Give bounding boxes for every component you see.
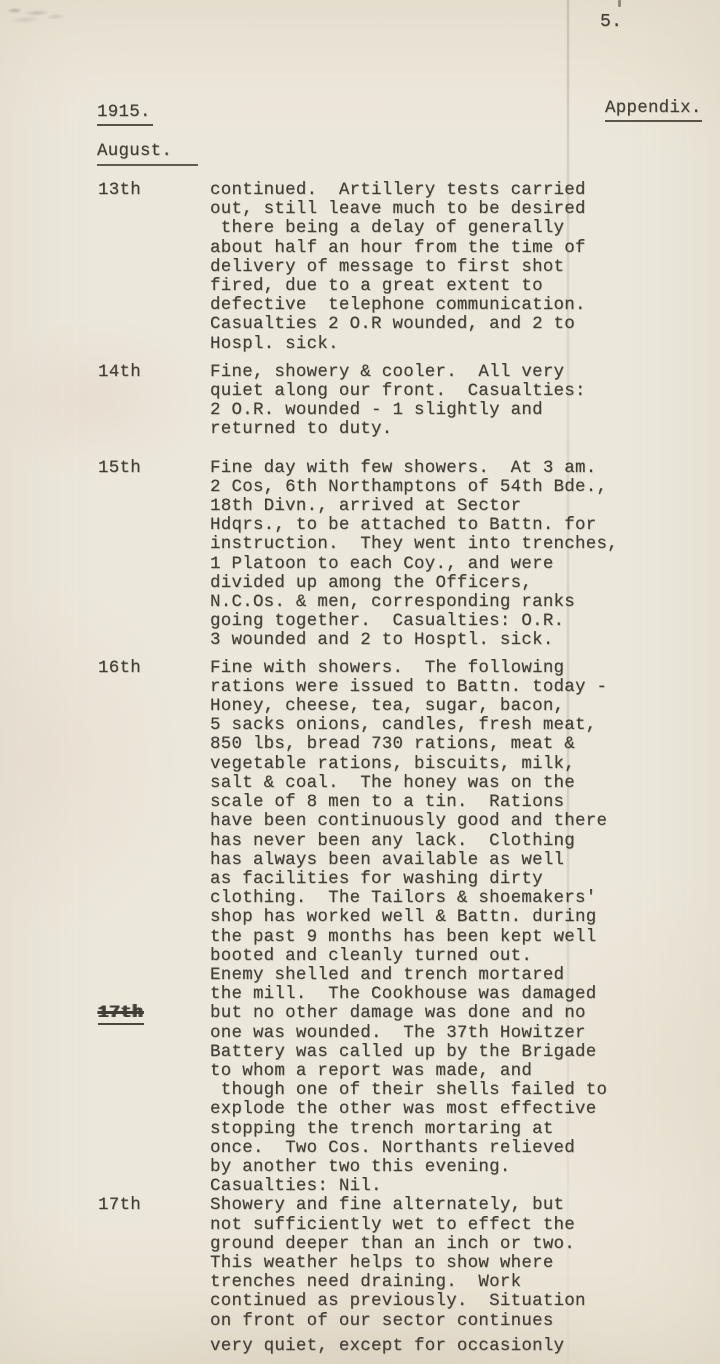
entry-line: instruction. They went into trenches, bbox=[210, 535, 618, 554]
entry-line: This weather helps to show where bbox=[210, 1254, 586, 1273]
diary-entry: 15th Fine day with few showers. At 3 am.… bbox=[98, 459, 700, 651]
diary-entry: 17th Showery and fine alternately, butno… bbox=[98, 1196, 700, 1356]
entry-line: there being a delay of generally bbox=[210, 219, 586, 238]
entry-line: out, still leave much to be desired bbox=[210, 200, 586, 219]
entry-line: 5 sacks onions, candles, fresh meat, bbox=[210, 716, 607, 735]
entry-date: 13th bbox=[98, 181, 141, 200]
entry-date-column: 13th bbox=[98, 181, 210, 200]
scanned-diary-page: { "document": { "page_number": "5.", "ye… bbox=[0, 0, 720, 1364]
entry-line: Casualties 2 O.R wounded, and 2 to bbox=[210, 315, 586, 334]
entry-line: Fine day with few showers. At 3 am. bbox=[210, 459, 618, 478]
entry-line: as facilities for washing dirty bbox=[210, 870, 607, 889]
diary-entry: 13th continued. Artillery tests carriedo… bbox=[98, 181, 700, 354]
entry-line: about half an hour from the time of bbox=[210, 239, 586, 258]
diary-entries: 13th continued. Artillery tests carriedo… bbox=[98, 181, 700, 1356]
entry-line: though one of their shells failed to bbox=[210, 1081, 607, 1100]
entry-date-column: 17th bbox=[98, 1196, 210, 1215]
struck-out-date: 17th bbox=[98, 1004, 144, 1025]
entry-line: continued. Artillery tests carried bbox=[210, 181, 586, 200]
entry-line: returned to duty. bbox=[210, 420, 586, 439]
entry-line: 18th Divn., arrived at Sector bbox=[210, 497, 618, 516]
entry-line: 850 lbs, bread 730 rations, meat & bbox=[210, 735, 607, 754]
entry-line: quiet along our front. Casualties: bbox=[210, 382, 586, 401]
entry-line: one was wounded. The 37th Howitzer bbox=[210, 1024, 607, 1043]
entry-line: 1 Platoon to each Coy., and were bbox=[210, 555, 618, 574]
entry-line: N.C.Os. & men, corresponding ranks bbox=[210, 593, 618, 612]
entry-line: very quiet, except for occasionly bbox=[210, 1337, 586, 1356]
entry-line: the mill. The Cookhouse was damaged bbox=[210, 985, 607, 1004]
entry-line: shop has worked well & Battn. during bbox=[210, 908, 607, 927]
entry-line: fired, due to a great extent to bbox=[210, 277, 586, 296]
entry-line: defective telephone communication. bbox=[210, 296, 586, 315]
entry-line: have been continuously good and there bbox=[210, 812, 607, 831]
entry-line: Honey, cheese, tea, sugar, bacon, bbox=[210, 697, 607, 716]
entry-line: scale of 8 men to a tin. Rations bbox=[210, 793, 607, 812]
entry-line: continued as previously. Situation bbox=[210, 1292, 586, 1311]
entry-line: stopping the trench mortaring at bbox=[210, 1120, 607, 1139]
entry-line: but no other damage was done and no bbox=[210, 1004, 607, 1023]
torn-edge-artifact bbox=[2, 2, 69, 27]
entry-date: 15th bbox=[98, 459, 141, 478]
month-heading: August. bbox=[97, 142, 198, 166]
entry-date: 16th bbox=[98, 659, 141, 678]
entry-line: going together. Casualties: O.R. bbox=[210, 612, 618, 631]
appendix-label: Appendix. bbox=[605, 99, 702, 122]
entry-line: by another two this evening. bbox=[210, 1158, 607, 1177]
entry-line: Enemy shelled and trench mortared bbox=[210, 966, 607, 985]
entry-line: rations were issued to Battn. today - bbox=[210, 678, 607, 697]
entry-body: Fine with showers. The followingrations … bbox=[210, 659, 607, 1197]
entry-line: Hdqrs., to be attached to Battn. for bbox=[210, 516, 618, 535]
entry-date: 14th bbox=[98, 363, 141, 382]
entry-line: to whom a report was made, and bbox=[210, 1062, 607, 1081]
entry-line: vegetable rations, biscuits, milk, bbox=[210, 755, 607, 774]
entry-line: trenches need draining. Work bbox=[210, 1273, 586, 1292]
entry-line: clothing. The Tailors & shoemakers' bbox=[210, 889, 607, 908]
entry-line: Hospl. sick. bbox=[210, 335, 586, 354]
entry-line: 3 wounded and 2 to Hosptl. sick. bbox=[210, 631, 618, 650]
entry-line: on front of our sector continues bbox=[210, 1312, 586, 1331]
entry-date: 17th bbox=[98, 1196, 141, 1215]
diary-entry: 14th Fine, showery & cooler. All veryqui… bbox=[98, 363, 700, 440]
entry-date-column: 16th 17th bbox=[98, 659, 210, 678]
entry-line: 2 O.R. wounded - 1 slightly and bbox=[210, 401, 586, 420]
entry-body: Fine, showery & cooler. All veryquiet al… bbox=[210, 363, 586, 440]
entry-line: salt & coal. The honey was on the bbox=[210, 774, 607, 793]
entry-line: Fine, showery & cooler. All very bbox=[210, 363, 586, 382]
entry-line: Casualties: Nil. bbox=[210, 1177, 607, 1196]
diary-entry: 16th 17th Fine with showers. The followi… bbox=[98, 659, 700, 1197]
entry-line: Showery and fine alternately, but bbox=[210, 1196, 586, 1215]
entry-body: continued. Artillery tests carriedout, s… bbox=[210, 181, 586, 354]
entry-date-column: 15th bbox=[98, 459, 210, 478]
entry-line: delivery of message to first shot bbox=[210, 258, 586, 277]
entry-line: the past 9 months has been kept well bbox=[210, 928, 607, 947]
entry-body: Showery and fine alternately, butnot suf… bbox=[210, 1196, 586, 1356]
entry-line: not sufficiently wet to effect the bbox=[210, 1216, 586, 1235]
entry-line: Battery was called up by the Brigade bbox=[210, 1043, 607, 1062]
entry-date-column: 14th bbox=[98, 363, 210, 382]
year-heading: 1915. bbox=[97, 103, 153, 126]
page-number: 5. bbox=[600, 12, 622, 32]
entry-line: ground deeper than an inch or two. bbox=[210, 1235, 586, 1254]
entry-line: has always been available as well bbox=[210, 851, 607, 870]
entry-line: booted and cleanly turned out. bbox=[210, 947, 607, 966]
edge-mark bbox=[618, 0, 621, 7]
entry-body: Fine day with few showers. At 3 am.2 Cos… bbox=[210, 459, 618, 651]
entry-line: has never been any lack. Clothing bbox=[210, 832, 607, 851]
entry-line: divided up among the Officers, bbox=[210, 574, 618, 593]
entry-line: explode the other was most effective bbox=[210, 1100, 607, 1119]
entry-line: once. Two Cos. Northants relieved bbox=[210, 1139, 607, 1158]
entry-line: Fine with showers. The following bbox=[210, 659, 607, 678]
entry-line: 2 Cos, 6th Northamptons of 54th Bde., bbox=[210, 478, 618, 497]
